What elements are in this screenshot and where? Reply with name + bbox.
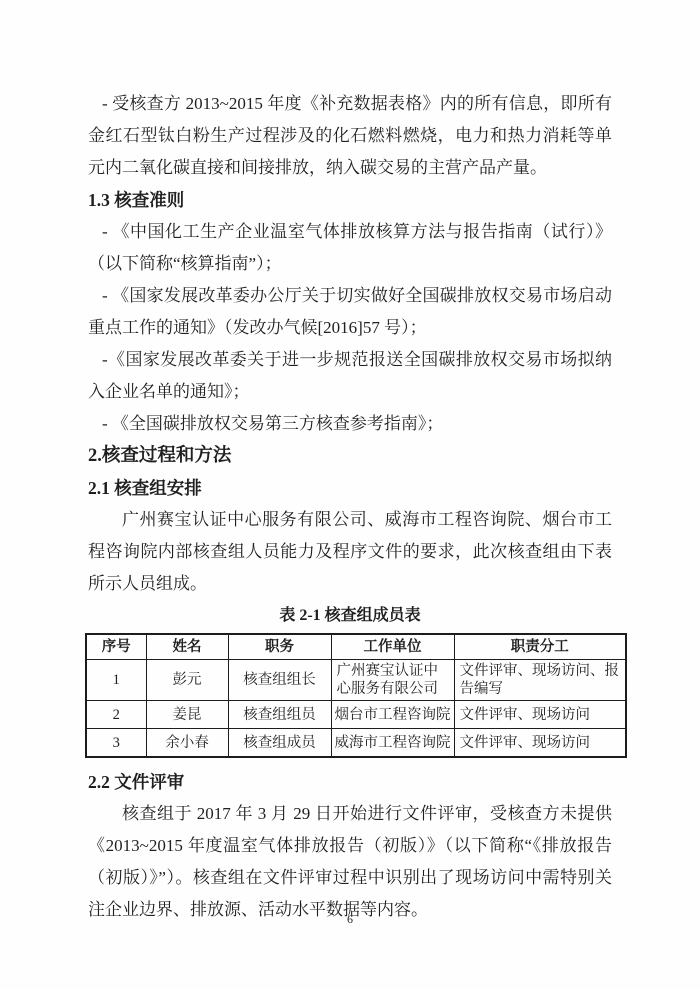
table-cell: 1 — [86, 660, 146, 701]
table-cell: 广州赛宝认证中心服务有限公司 — [331, 660, 454, 701]
section-heading-1-3: 1.3 核查准则 — [88, 184, 612, 216]
table-header-cell: 职务 — [228, 634, 331, 660]
table-caption: 表 2-1 核查组成员表 — [88, 601, 612, 631]
table-cell: 文件评审、现场访问 — [454, 729, 626, 758]
table-header-cell: 序号 — [86, 634, 146, 660]
bullet-item: - 《全国碳排放权交易第三方核查参考指南》； — [88, 408, 612, 440]
table-row: 1 彭元 核查组组长 广州赛宝认证中心服务有限公司 文件评审、现场访问、报告编写 — [86, 660, 626, 701]
bullet-item: - 《国家发展改革委办公厅关于切实做好全国碳排放权交易市场启动重点工作的通知》（… — [88, 280, 612, 344]
table-cell: 余小春 — [146, 729, 228, 758]
table-cell: 核查组组长 — [228, 660, 331, 701]
document-content: - 受核查方 2013~2015 年度《补充数据表格》内的所有信息，即所有金红石… — [88, 88, 612, 926]
table-cell: 2 — [86, 701, 146, 729]
document-page: - 受核查方 2013~2015 年度《补充数据表格》内的所有信息，即所有金红石… — [0, 0, 700, 989]
intro-bullet-paragraph: - 受核查方 2013~2015 年度《补充数据表格》内的所有信息，即所有金红石… — [88, 88, 612, 184]
table-cell: 姜昆 — [146, 701, 228, 729]
section-heading-2-2: 2.2 文件评审 — [88, 766, 612, 798]
table-header-cell: 姓名 — [146, 634, 228, 660]
table-row: 3 余小春 核查组成员 威海市工程咨询院 文件评审、现场访问 — [86, 729, 626, 758]
table-cell: 彭元 — [146, 660, 228, 701]
table-cell: 烟台市工程咨询院 — [331, 701, 454, 729]
table-cell: 核查组成员 — [228, 729, 331, 758]
table-header-cell: 工作单位 — [331, 634, 454, 660]
section-heading-2-1: 2.1 核查组安排 — [88, 472, 612, 504]
table-header-row: 序号 姓名 职务 工作单位 职责分工 — [86, 634, 626, 660]
body-paragraph-2-2: 核查组于 2017 年 3 月 29 日开始进行文件评审，受核查方未提供《201… — [88, 798, 612, 926]
page-number: 6 — [0, 912, 700, 927]
bullet-item: - 《中国化工生产企业温室气体排放核算方法与报告指南（试行）》（以下简称“核算指… — [88, 216, 612, 280]
members-table: 序号 姓名 职务 工作单位 职责分工 1 彭元 核查组组长 广州赛宝认证中心服务… — [85, 633, 627, 758]
table-cell: 3 — [86, 729, 146, 758]
table-row: 2 姜昆 核查组组员 烟台市工程咨询院 文件评审、现场访问 — [86, 701, 626, 729]
table-cell: 核查组组员 — [228, 701, 331, 729]
table-cell: 文件评审、现场访问 — [454, 701, 626, 729]
bullet-item: -《国家发展改革委关于进一步规范报送全国碳排放权交易市场拟纳入企业名单的通知》； — [88, 344, 612, 408]
table-cell: 文件评审、现场访问、报告编写 — [454, 660, 626, 701]
body-paragraph-2-1: 广州赛宝认证中心服务有限公司、威海市工程咨询院、烟台市工程咨询院内部核查组人员能… — [88, 504, 612, 600]
table-header-cell: 职责分工 — [454, 634, 626, 660]
section-heading-2: 2.核查过程和方法 — [88, 440, 612, 472]
table-cell: 威海市工程咨询院 — [331, 729, 454, 758]
